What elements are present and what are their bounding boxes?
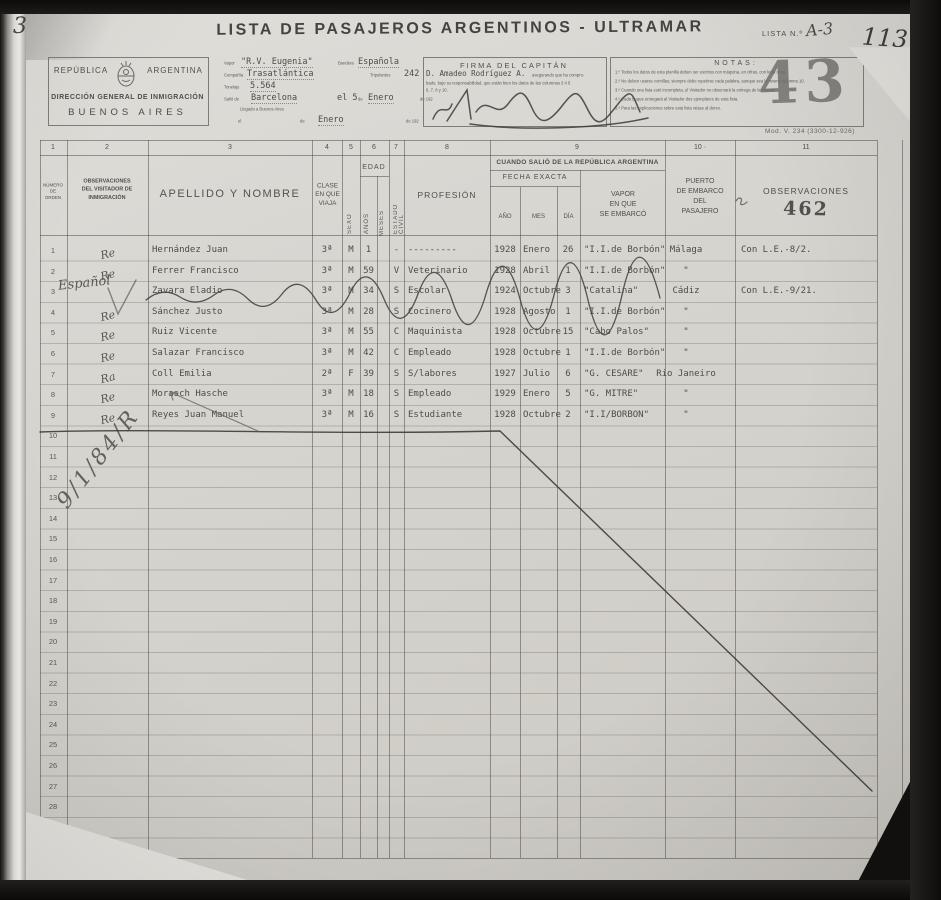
cell-sexo: F [343, 365, 359, 384]
cell-clase: 3ª [313, 344, 341, 363]
cell-estado: S [390, 303, 403, 322]
cell-puerto: " [638, 385, 734, 404]
cell-prof: S/labores [408, 365, 488, 384]
cell-anos: 16 [360, 406, 377, 425]
cell-mes: Octubre [523, 344, 557, 363]
cell-prof: --------- [408, 241, 488, 260]
row-number: 10 [40, 426, 66, 445]
grid-line [735, 140, 736, 858]
cell-dia: 26 [557, 241, 579, 260]
cell-name: Ferrer Francisco [152, 262, 310, 281]
cell-sexo: M [343, 344, 359, 363]
row-number: 9 [40, 406, 66, 425]
cell-mes: Octubre [523, 323, 557, 342]
cell-dia: 3 [557, 282, 579, 301]
photo-edge-right [910, 0, 941, 900]
cell-sexo: M [343, 385, 359, 404]
cell-ano: 1928 [491, 323, 519, 342]
cell-anos: 59 [360, 262, 377, 281]
cell-estado: S [390, 365, 403, 384]
cell-puerto: " [638, 323, 734, 342]
cell-clase: 3ª [313, 262, 341, 281]
column-number: 7 [381, 141, 411, 154]
row-number: 5 [40, 323, 66, 342]
cell-ano: 1928 [491, 344, 519, 363]
photo-edge-top [0, 0, 941, 14]
row-number: 20 [40, 632, 66, 651]
row-number: 24 [40, 715, 66, 734]
row-number: 7 [40, 365, 66, 384]
cell-estado: C [390, 323, 403, 342]
row-number: 19 [40, 612, 66, 631]
cell-name: Sánchez Justo [152, 303, 310, 322]
screenshot-root: LISTA DE PASAJEROS ARGENTINOS - ULTRAMAR… [0, 0, 941, 900]
grid-line [877, 140, 878, 858]
cell-sexo: M [343, 406, 359, 425]
cell-obs: Con L.E.-9/21. [741, 282, 875, 301]
cell-dia: 15 [557, 323, 579, 342]
row-number: 14 [40, 509, 66, 528]
cell-clase: 3ª [313, 385, 341, 404]
cell-name: Hernández Juan [152, 241, 310, 260]
cell-name: Coll Emilia [152, 365, 310, 384]
grid-line [148, 140, 149, 858]
row-number: 26 [40, 756, 66, 775]
cell-mes: Agosto [523, 303, 557, 322]
column-number: 8 [432, 141, 462, 154]
cell-mes: Octubre [523, 406, 557, 425]
cell-anos: 18 [360, 385, 377, 404]
row-number: 21 [40, 653, 66, 672]
cell-puerto: " [638, 344, 734, 363]
cell-mes: Enero [523, 241, 557, 260]
cell-ano: 1928 [491, 241, 519, 260]
grid-line [520, 187, 521, 858]
cell-prof: Cocinero [408, 303, 488, 322]
cell-ano: 1928 [491, 406, 519, 425]
cell-ano: 1928 [491, 262, 519, 281]
row-number: 8 [40, 385, 66, 404]
cell-estado: V [390, 262, 403, 281]
grid-line [360, 176, 389, 177]
cell-name: Zavara Eladio [152, 282, 310, 301]
cell-clase: 3ª [313, 406, 341, 425]
cell-ano: 1929 [491, 385, 519, 404]
cell-ano: 1928 [491, 303, 519, 322]
row-number: 23 [40, 694, 66, 713]
column-number: 11 [791, 141, 821, 154]
cell-anos: 28 [360, 303, 377, 322]
cell-puerto: " [638, 406, 734, 425]
grid-line [580, 170, 581, 858]
column-number: 10 · [685, 141, 715, 154]
cell-mes: Enero [523, 385, 557, 404]
cell-anos: 1 [360, 241, 377, 260]
cell-puerto: Málaga [638, 241, 734, 260]
cell-estado: - [390, 241, 403, 260]
cell-puerto: " [638, 303, 734, 322]
cell-prof: Empleado [408, 344, 488, 363]
row-number: 17 [40, 571, 66, 590]
cell-clase: 3ª [313, 323, 341, 342]
row-number: 18 [40, 591, 66, 610]
row-number: 1 [40, 241, 66, 260]
cell-dia: 5 [557, 385, 579, 404]
grid-line [490, 170, 665, 171]
grid-line [377, 176, 378, 858]
cell-clase: 3ª [313, 303, 341, 322]
cell-prof: Empleado [408, 385, 488, 404]
cell-anos: 39 [360, 365, 377, 384]
cell-name: Reyes Juan Manuel [152, 406, 310, 425]
cell-puerto: " [638, 262, 734, 281]
cell-name: Salazar Francisco [152, 344, 310, 363]
cell-dia: 6 [557, 365, 579, 384]
cell-prof: Estudiante [408, 406, 488, 425]
row-number: 4 [40, 303, 66, 322]
cell-clase: 3ª [313, 282, 341, 301]
cell-anos: 34 [360, 282, 377, 301]
photo-edge-bottom [0, 880, 941, 900]
grid-line [40, 235, 877, 236]
column-number: 2 [92, 141, 122, 154]
cell-puerto: Cádiz [638, 282, 734, 301]
cell-name: Ruiz Vicente [152, 323, 310, 342]
cell-mes: Octubre [523, 282, 557, 301]
table-grid: 12345678910 ·111234567891011121314151617… [0, 0, 941, 900]
grid-line [40, 155, 877, 156]
row-number: 28 [40, 797, 66, 816]
cell-estado: S [390, 282, 403, 301]
cell-estado: C [390, 344, 403, 363]
cell-puerto: Rio Janeiro [638, 365, 734, 384]
column-number: 1 [38, 141, 68, 154]
cell-anos: 42 [360, 344, 377, 363]
cell-clase: 3ª [313, 241, 341, 260]
cell-dia: 2 [557, 406, 579, 425]
cell-estado: S [390, 385, 403, 404]
cell-sexo: M [343, 303, 359, 322]
cell-clase: 2ª [313, 365, 341, 384]
column-number: 3 [215, 141, 245, 154]
cell-ano: 1927 [491, 365, 519, 384]
cell-sexo: M [343, 323, 359, 342]
cell-name: Morasch Hasche [152, 385, 310, 404]
grid-line [404, 140, 405, 858]
row-number: 22 [40, 674, 66, 693]
cell-anos: 55 [360, 323, 377, 342]
row-number: 16 [40, 550, 66, 569]
cell-prof: Veterinario [408, 262, 488, 281]
grid-line [490, 186, 580, 187]
cell-sexo: M [343, 282, 359, 301]
grid-line [902, 140, 903, 858]
row-number: 27 [40, 777, 66, 796]
cell-sexo: M [343, 262, 359, 281]
cell-dia: 1 [557, 262, 579, 281]
row-number: 15 [40, 529, 66, 548]
cell-ano: 1924 [491, 282, 519, 301]
cell-mes: Abril [523, 262, 557, 281]
cell-prof: Escolar [408, 282, 488, 301]
cell-estado: S [390, 406, 403, 425]
cell-mes: Julio [523, 365, 557, 384]
cell-prof: Maquinista [408, 323, 488, 342]
cell-obs: Con L.E.-8/2. [741, 241, 875, 260]
cell-dia: 1 [557, 303, 579, 322]
row-number: 25 [40, 735, 66, 754]
cell-dia: 1 [557, 344, 579, 363]
row-number: 11 [40, 447, 66, 466]
cell-sexo: M [343, 241, 359, 260]
row-number: 6 [40, 344, 66, 363]
column-number: 9 [562, 141, 592, 154]
